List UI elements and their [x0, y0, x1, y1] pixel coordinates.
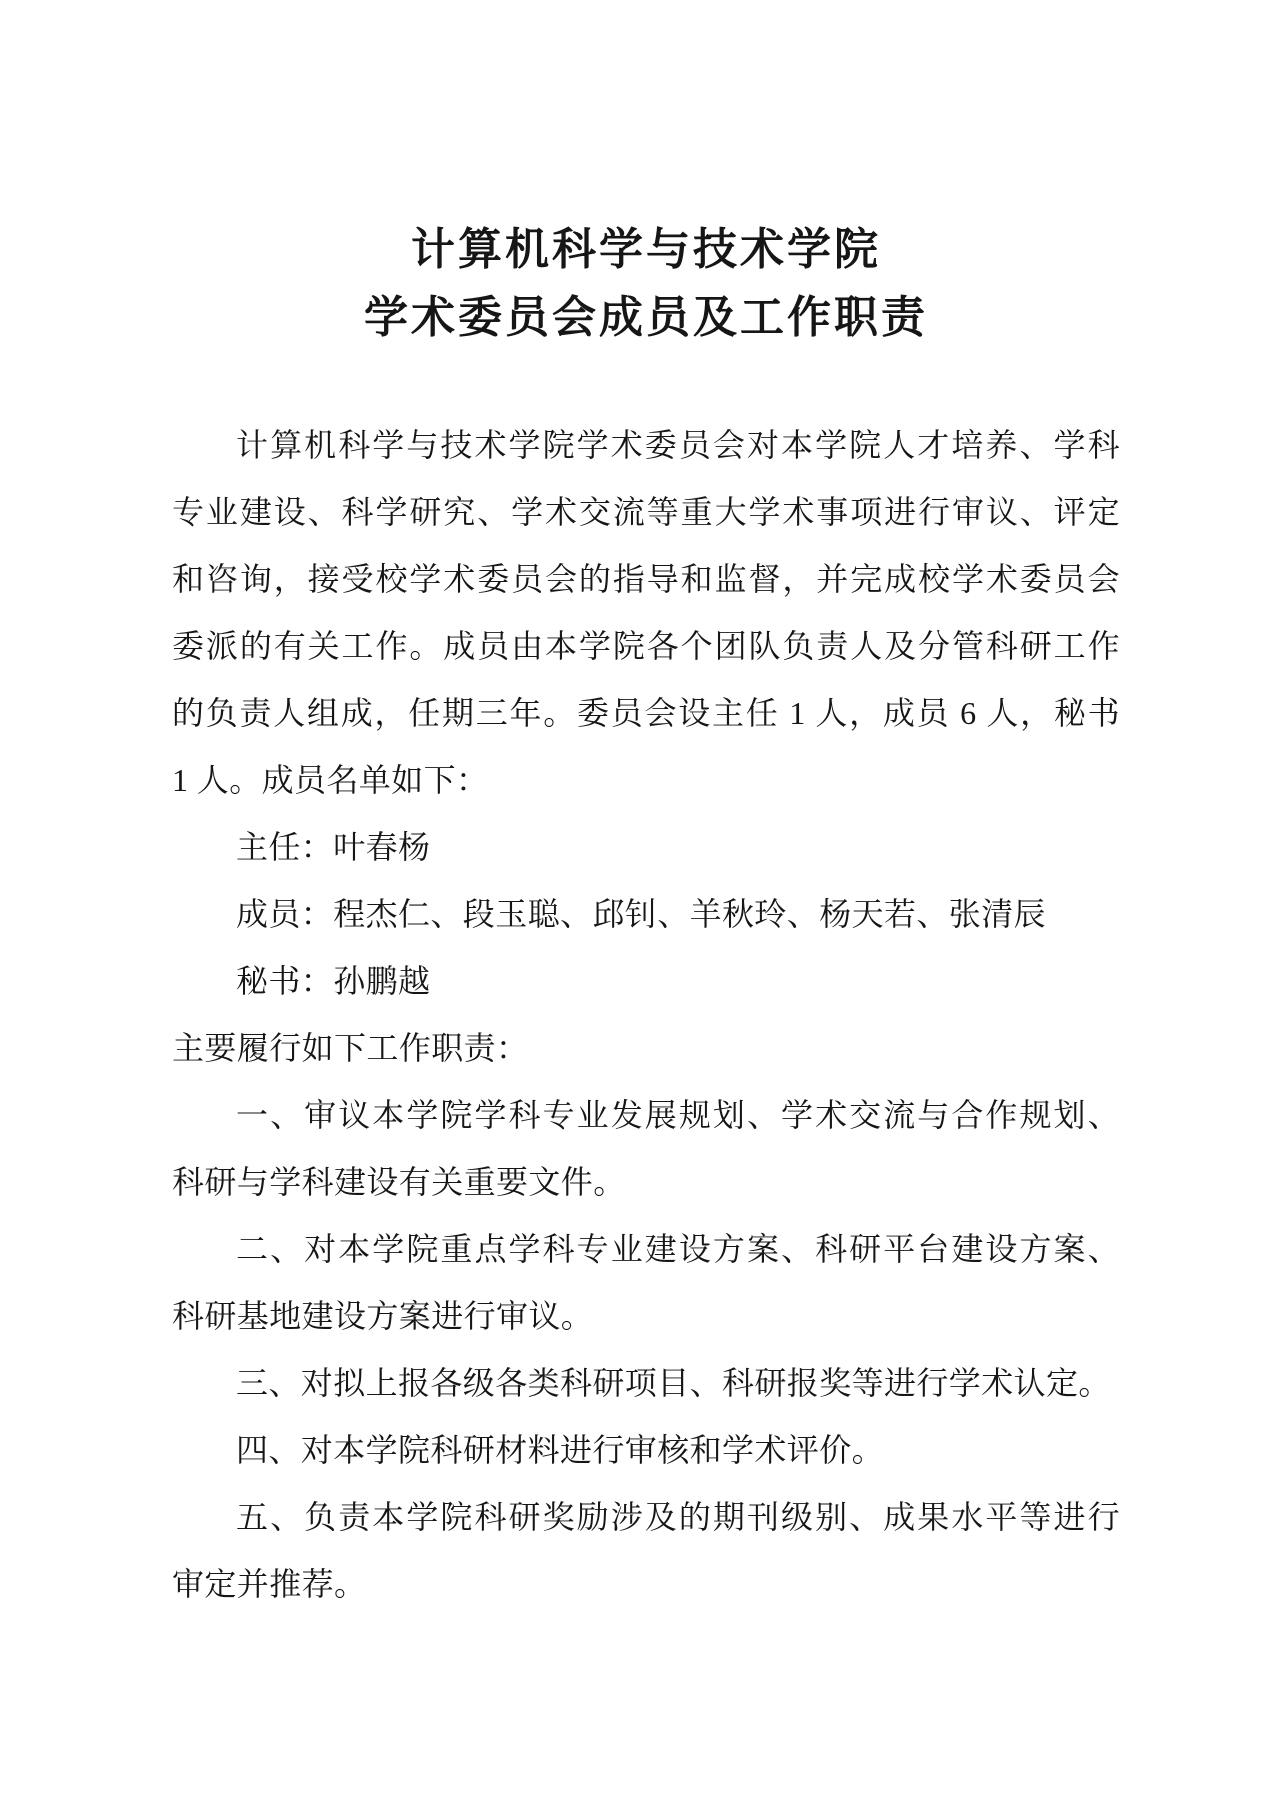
document-title-line-1: 计算机科学与技术学院	[172, 216, 1120, 284]
document-title-line-2: 学术委员会成员及工作职责	[172, 284, 1120, 352]
document-page: 计算机科学与技术学院 学术委员会成员及工作职责 计算机科学与技术学院学术委员会对…	[0, 0, 1280, 1810]
paragraph-line-intro-2: 专业建设、科学研究、学术交流等重大学术事项进行审议、评定	[172, 479, 1120, 546]
duty-item-2-line-2: 科研基地建设方案进行审议。	[172, 1283, 1120, 1350]
paragraph-line-intro-5: 的负责人组成，任期三年。委员会设主任 1 人，成员 6 人，秘书	[172, 680, 1120, 747]
duty-item-5-line-1: 五、负责本学院科研奖励涉及的期刊级别、成果水平等进行	[172, 1484, 1120, 1551]
duty-item-2-line-1: 二、对本学院重点学科专业建设方案、科研平台建设方案、	[172, 1216, 1120, 1283]
member-line-director: 主任：叶春杨	[172, 814, 1120, 881]
duty-item-5-line-2: 审定并推荐。	[172, 1551, 1120, 1618]
duty-item-1-line-2: 科研与学科建设有关重要文件。	[172, 1149, 1120, 1216]
paragraph-line-intro-6: 1 人。成员名单如下：	[172, 747, 1120, 814]
document-title: 计算机科学与技术学院 学术委员会成员及工作职责	[172, 216, 1120, 352]
member-line-members: 成员：程杰仁、段玉聪、邱钊、羊秋玲、杨天若、张清辰	[172, 881, 1120, 948]
member-line-secretary: 秘书：孙鹏越	[172, 948, 1120, 1015]
paragraph-line-intro-3: 和咨询，接受校学术委员会的指导和监督，并完成校学术委员会	[172, 546, 1120, 613]
document-content: 计算机科学与技术学院 学术委员会成员及工作职责 计算机科学与技术学院学术委员会对…	[172, 0, 1120, 1618]
paragraph-line-intro-1: 计算机科学与技术学院学术委员会对本学院人才培养、学科	[172, 412, 1120, 479]
document-body: 计算机科学与技术学院学术委员会对本学院人才培养、学科 专业建设、科学研究、学术交…	[172, 412, 1120, 1618]
duty-item-4: 四、对本学院科研材料进行审核和学术评价。	[172, 1417, 1120, 1484]
duty-item-1-line-1: 一、审议本学院学科专业发展规划、学术交流与合作规划、	[172, 1082, 1120, 1149]
duties-heading: 主要履行如下工作职责：	[172, 1015, 1120, 1082]
duty-item-3: 三、对拟上报各级各类科研项目、科研报奖等进行学术认定。	[172, 1350, 1120, 1417]
paragraph-line-intro-4: 委派的有关工作。成员由本学院各个团队负责人及分管科研工作	[172, 613, 1120, 680]
